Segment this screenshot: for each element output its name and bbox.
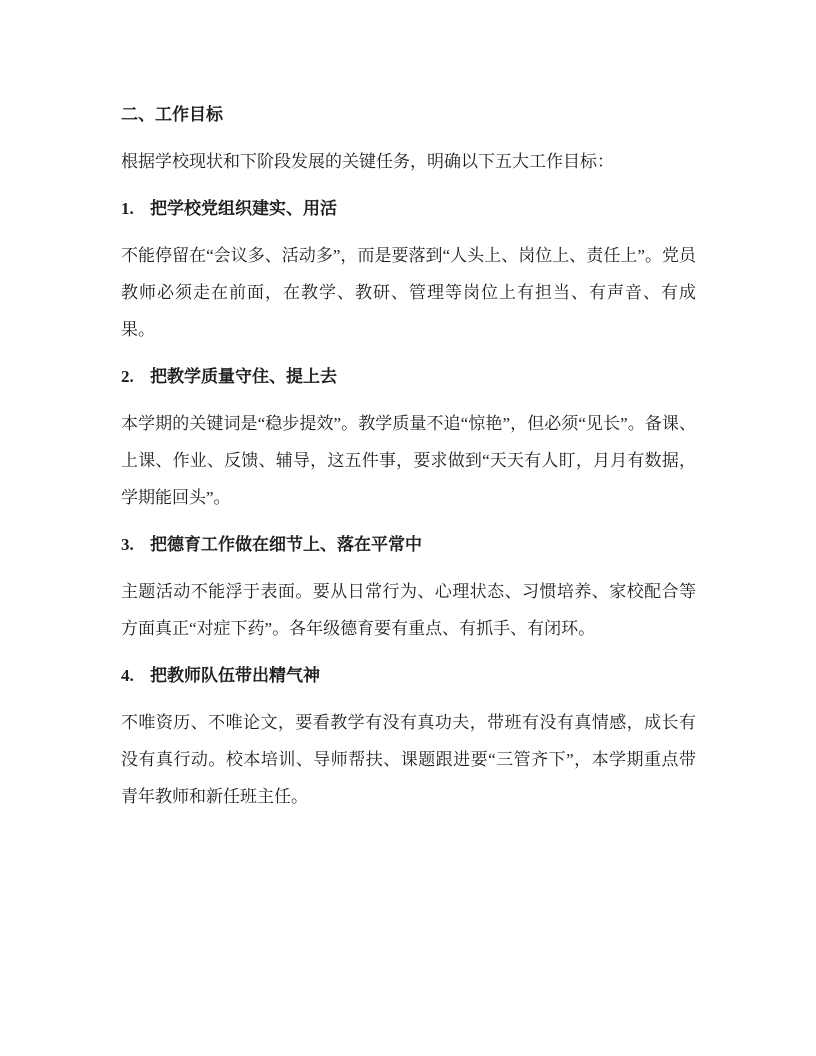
item-2-heading: 2.把教学质量守住、提上去	[121, 358, 696, 395]
item-3-title: 把德育工作做在细节上、落在平常中	[150, 535, 422, 554]
item-3-number: 3.	[121, 526, 150, 563]
item-3-heading: 3.把德育工作做在细节上、落在平常中	[121, 526, 696, 563]
item-4-body: 不唯资历、不唯论文，要看教学有没有真功夫，带班有没有真情感，成长有没有真行动。校…	[121, 704, 696, 815]
item-1-number: 1.	[121, 190, 150, 227]
item-4-number: 4.	[121, 657, 150, 694]
section-heading: 二、工作目标	[121, 96, 696, 133]
intro-paragraph: 根据学校现状和下阶段发展的关键任务，明确以下五大工作目标：	[121, 143, 696, 180]
item-1-heading: 1.把学校党组织建实、用活	[121, 190, 696, 227]
item-4-heading: 4.把教师队伍带出精气神	[121, 657, 696, 694]
item-1-body: 不能停留在“会议多、活动多”，而是要落到“人头上、岗位上、责任上”。党员教师必须…	[121, 237, 696, 348]
item-3-body: 主题活动不能浮于表面。要从日常行为、心理状态、习惯培养、家校配合等方面真正“对症…	[121, 573, 696, 647]
item-2-title: 把教学质量守住、提上去	[150, 367, 337, 386]
item-2-body: 本学期的关键词是“稳步提效”。教学质量不追“惊艳”，但必须“见长”。备课、上课、…	[121, 405, 696, 516]
item-2-number: 2.	[121, 358, 150, 395]
item-4-title: 把教师队伍带出精气神	[150, 666, 320, 685]
document-body: 二、工作目标 根据学校现状和下阶段发展的关键任务，明确以下五大工作目标： 1.把…	[121, 96, 696, 815]
item-1-title: 把学校党组织建实、用活	[150, 199, 337, 218]
document-page: 二、工作目标 根据学校现状和下阶段发展的关键任务，明确以下五大工作目标： 1.把…	[0, 0, 816, 1056]
